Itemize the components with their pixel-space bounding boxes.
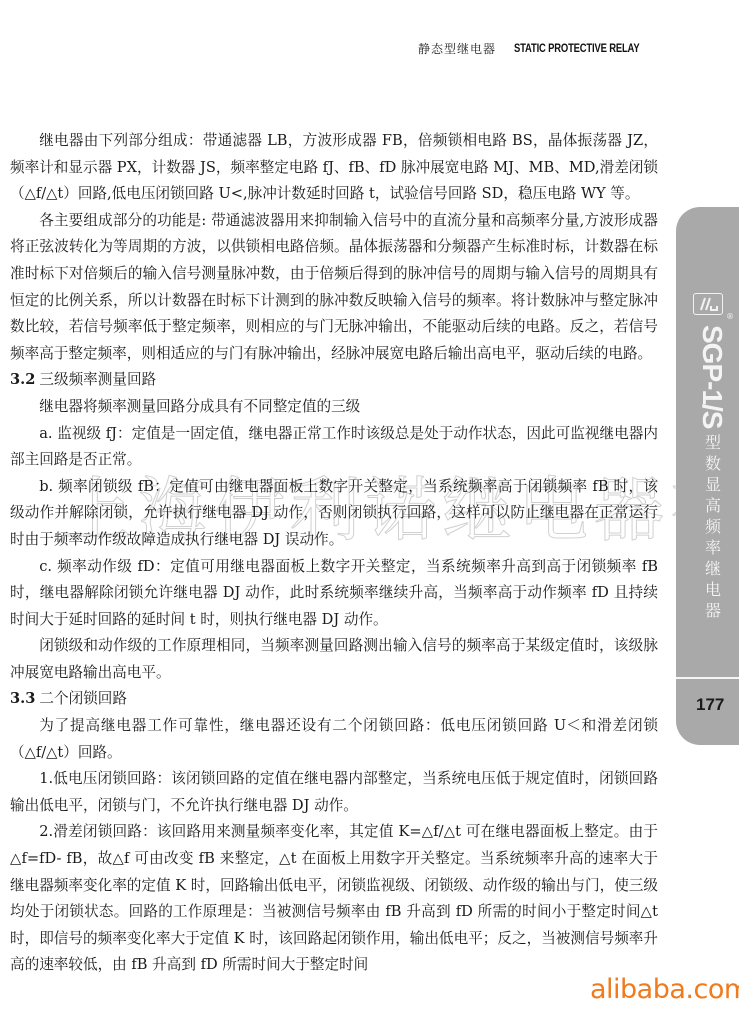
side-tab-title: SGP-1/S 型数显高频率继电器 <box>696 325 728 623</box>
company-logo-icon <box>693 293 723 315</box>
section-3-2-item-a: a. 监视级 fJ：定值是一固定值，继电器正常工作时该级总是处于动作状态，因此可… <box>10 421 658 474</box>
section-3-2-paragraph-1: 继电器将频率测量回路分成具有不同整定值的三级 <box>10 394 658 421</box>
product-name: 型数显高频率继电器 <box>701 434 724 623</box>
chapter-side-tab: ® SGP-1/S 型数显高频率继电器 177 <box>676 207 739 745</box>
section-3-2-item-b: b. 频率闭锁级 fB：定值可由继电器面板上数字开关整定，当系统频率高于闭锁频率… <box>10 474 658 554</box>
header-title-cn: 静态型继电器 <box>418 40 496 57</box>
source-watermark: alibaba.com.cn <box>590 974 739 1005</box>
header-title-en: STATIC PROTECTIVE RELAY <box>514 43 639 55</box>
running-header: 静态型继电器 STATIC PROTECTIVE RELAY <box>418 40 667 57</box>
section-number: 3.2 <box>10 371 35 388</box>
intro-paragraph-1: 继电器由下列部分组成：带通滤器 LB，方波形成器 FB，倍频锁相电路 BS，晶体… <box>10 128 658 208</box>
logo-stripes-icon <box>697 297 719 311</box>
product-model: SGP-1/S <box>696 325 728 428</box>
section-title: 二个闭锁回路 <box>39 690 127 707</box>
section-3-3-item-1: 1.低电压闭锁回路：该闭锁回路的定值在继电器内部整定，当系统电压低于规定值时，闭… <box>10 766 658 819</box>
intro-paragraph-2: 各主要组成部分的功能是: 带通滤波器用来抑制输入信号中的直流分量和高频率分量,方… <box>10 208 658 368</box>
section-3-3-item-2: 2.滑差闭锁回路：该回路用来测量频率变化率，其定值 K=△f/△t 可在继电器面… <box>10 819 658 979</box>
registered-mark: ® <box>726 312 734 321</box>
section-3-2-item-c: c. 频率动作级 fD：定值可用继电器面板上数字开关整定，当系统频率升高到高于闭… <box>10 554 658 634</box>
section-3-2-paragraph-summary: 闭锁级和动作级的工作原理相同，当频率测量回路测出输入信号的频率高于某级定值时，该… <box>10 633 658 686</box>
section-3-3-paragraph-1: 为了提高继电器工作可靠性，继电器还设有二个闭锁回路：低电压闭锁回路 U＜和滑差闭… <box>10 713 658 766</box>
side-tab-divider <box>676 677 739 679</box>
section-number: 3.3 <box>10 690 35 707</box>
section-3-3-heading: 3.3二个闭锁回路 <box>10 686 658 713</box>
page-number: 177 <box>696 695 724 715</box>
page-body: 继电器由下列部分组成：带通滤器 LB，方波形成器 FB，倍频锁相电路 BS，晶体… <box>10 128 658 979</box>
section-3-2-heading: 3.2三级频率测量回路 <box>10 367 658 394</box>
section-title: 三级频率测量回路 <box>39 371 156 388</box>
